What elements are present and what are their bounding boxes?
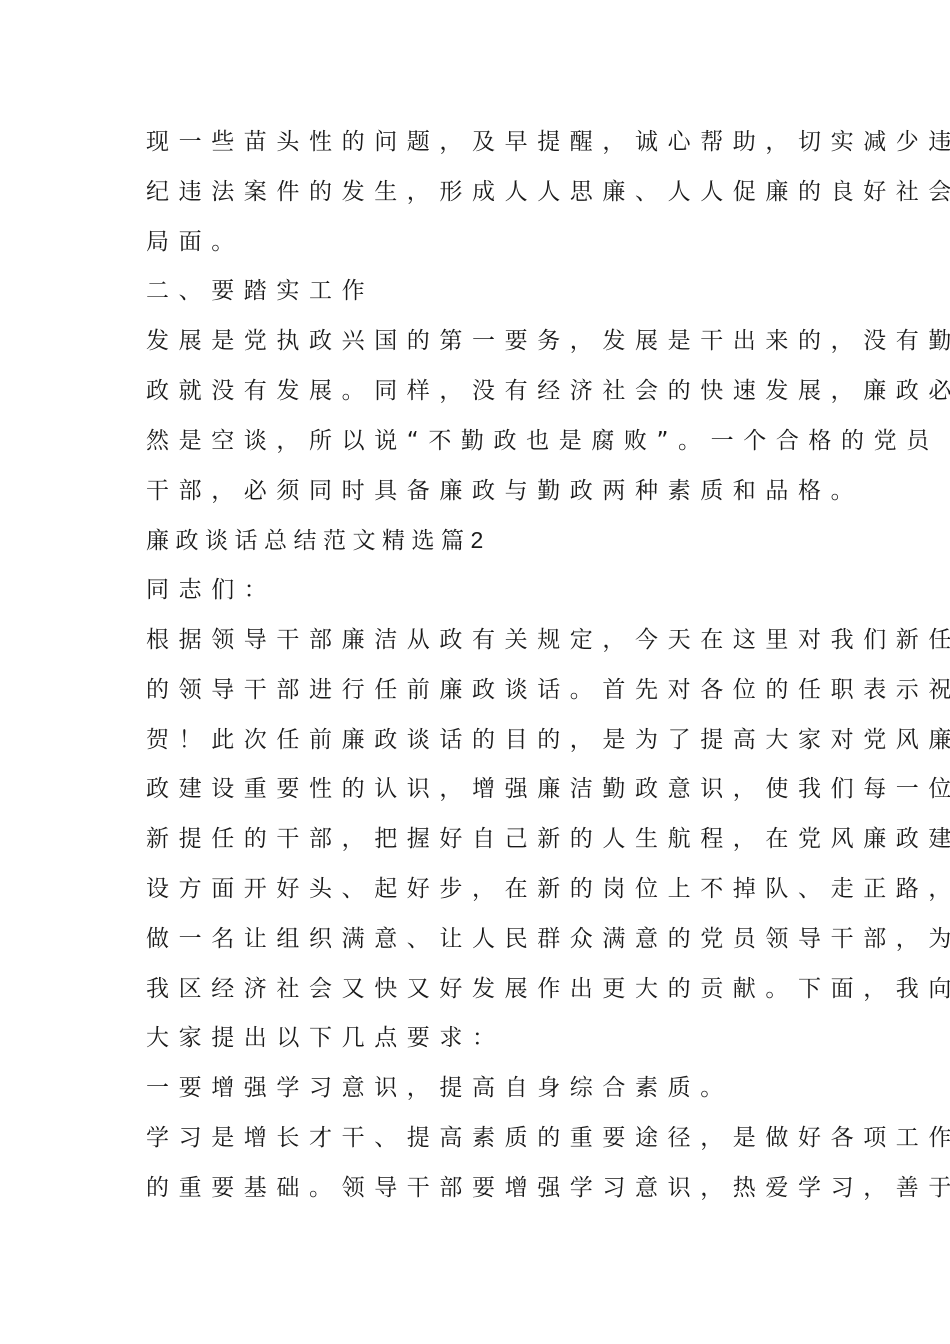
paragraph-line: 大家提出以下几点要求：: [146, 1014, 816, 1064]
paragraph-line: 现一些苗头性的问题，及早提醒，诚心帮助，切实减少违: [146, 118, 816, 168]
document-page: 现一些苗头性的问题，及早提醒，诚心帮助，切实减少违 纪违法案件的发生，形成人人思…: [146, 118, 816, 1214]
paragraph-line: 局面。: [146, 218, 816, 268]
paragraph-line: 的领导干部进行任前廉政谈话。首先对各位的任职表示祝: [146, 666, 816, 716]
section-subheading: 一要增强学习意识，提高自身综合素质。: [146, 1064, 816, 1114]
paragraph-line: 发展是党执政兴国的第一要务，发展是干出来的，没有勤: [146, 317, 816, 367]
article-heading: 廉政谈话总结范文精选篇2: [146, 516, 816, 566]
paragraph-line: 设方面开好头、起好步，在新的岗位上不掉队、走正路，: [146, 865, 816, 915]
paragraph-line: 政就没有发展。同样，没有经济社会的快速发展，廉政必: [146, 367, 816, 417]
paragraph-line: 贺！此次任前廉政谈话的目的，是为了提高大家对党风廉: [146, 716, 816, 766]
article-heading-number: 2: [471, 527, 484, 553]
paragraph-line: 的重要基础。领导干部要增强学习意识，热爱学习，善于: [146, 1164, 816, 1214]
article-heading-text: 廉政谈话总结范文精选篇: [146, 528, 471, 554]
paragraph-line: 新提任的干部，把握好自己新的人生航程，在党风廉政建: [146, 815, 816, 865]
paragraph-line: 政建设重要性的认识，增强廉洁勤政意识，使我们每一位: [146, 765, 816, 815]
paragraph-line: 干部，必须同时具备廉政与勤政两种素质和品格。: [146, 467, 816, 517]
section-subheading: 二、要踏实工作: [146, 267, 816, 317]
paragraph-line: 做一名让组织满意、让人民群众满意的党员领导干部，为: [146, 915, 816, 965]
salutation: 同志们：: [146, 566, 816, 616]
paragraph-line: 根据领导干部廉洁从政有关规定，今天在这里对我们新任: [146, 616, 816, 666]
paragraph-line: 纪违法案件的发生，形成人人思廉、人人促廉的良好社会: [146, 168, 816, 218]
paragraph-line: 我区经济社会又快又好发展作出更大的贡献。下面，我向: [146, 965, 816, 1015]
paragraph-line: 学习是增长才干、提高素质的重要途径，是做好各项工作: [146, 1114, 816, 1164]
paragraph-line: 然是空谈，所以说“不勤政也是腐败”。一个合格的党员: [146, 417, 816, 467]
